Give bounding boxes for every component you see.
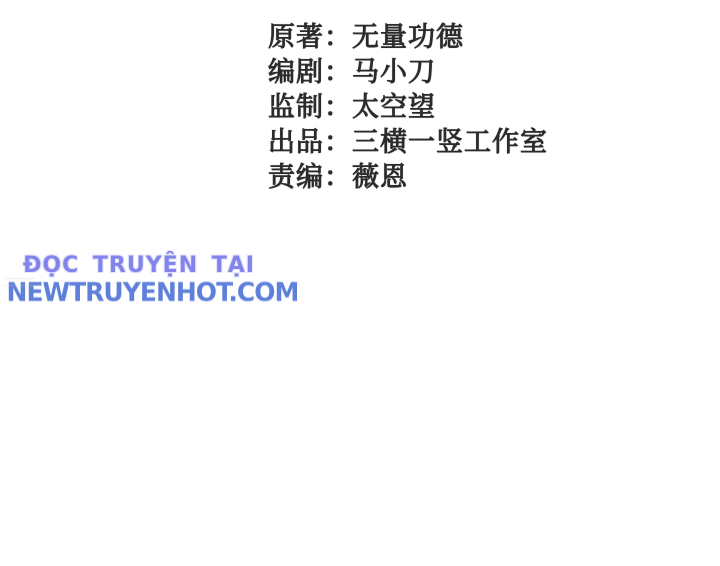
- credit-colon: ：: [324, 22, 352, 53]
- credit-label: 责编: [268, 162, 324, 193]
- credit-value: 太空望: [352, 92, 436, 123]
- credit-colon: ：: [324, 127, 352, 158]
- credit-value: 无量功德: [352, 22, 464, 53]
- credit-line-original-author: 原著：无量功德: [268, 20, 548, 55]
- credit-line-screenwriter: 编剧：马小刀: [268, 55, 548, 90]
- comic-page: 原著：无量功德 编剧：马小刀 监制：太空望 出品：三横一竖工作室 责编：薇恩 Đ…: [0, 0, 720, 566]
- credit-line-editor: 责编：薇恩: [268, 160, 548, 195]
- credit-label: 编剧: [268, 57, 324, 88]
- credit-colon: ：: [324, 92, 352, 123]
- credit-label: 监制: [268, 92, 324, 123]
- watermark-tagline: ĐỌC TRUYỆN TẠI: [1, 252, 277, 280]
- credit-value: 马小刀: [352, 57, 436, 88]
- credit-colon: ：: [324, 57, 352, 88]
- credit-value: 薇恩: [352, 162, 408, 193]
- credit-colon: ：: [324, 162, 352, 193]
- credits-block: 原著：无量功德 编剧：马小刀 监制：太空望 出品：三横一竖工作室 责编：薇恩: [268, 20, 548, 195]
- credit-line-studio: 出品：三横一竖工作室: [268, 125, 548, 160]
- watermark-site-url: NEWTRUYENHOT.COM: [7, 280, 272, 306]
- credit-label: 原著: [268, 22, 324, 53]
- credit-label: 出品: [268, 127, 324, 158]
- credit-value: 三横一竖工作室: [352, 127, 548, 158]
- faint-print-artifact: [4, 278, 34, 286]
- site-watermark: ĐỌC TRUYỆN TẠI NEWTRUYENHOT.COM: [1, 252, 277, 306]
- credit-line-supervisor: 监制：太空望: [268, 90, 548, 125]
